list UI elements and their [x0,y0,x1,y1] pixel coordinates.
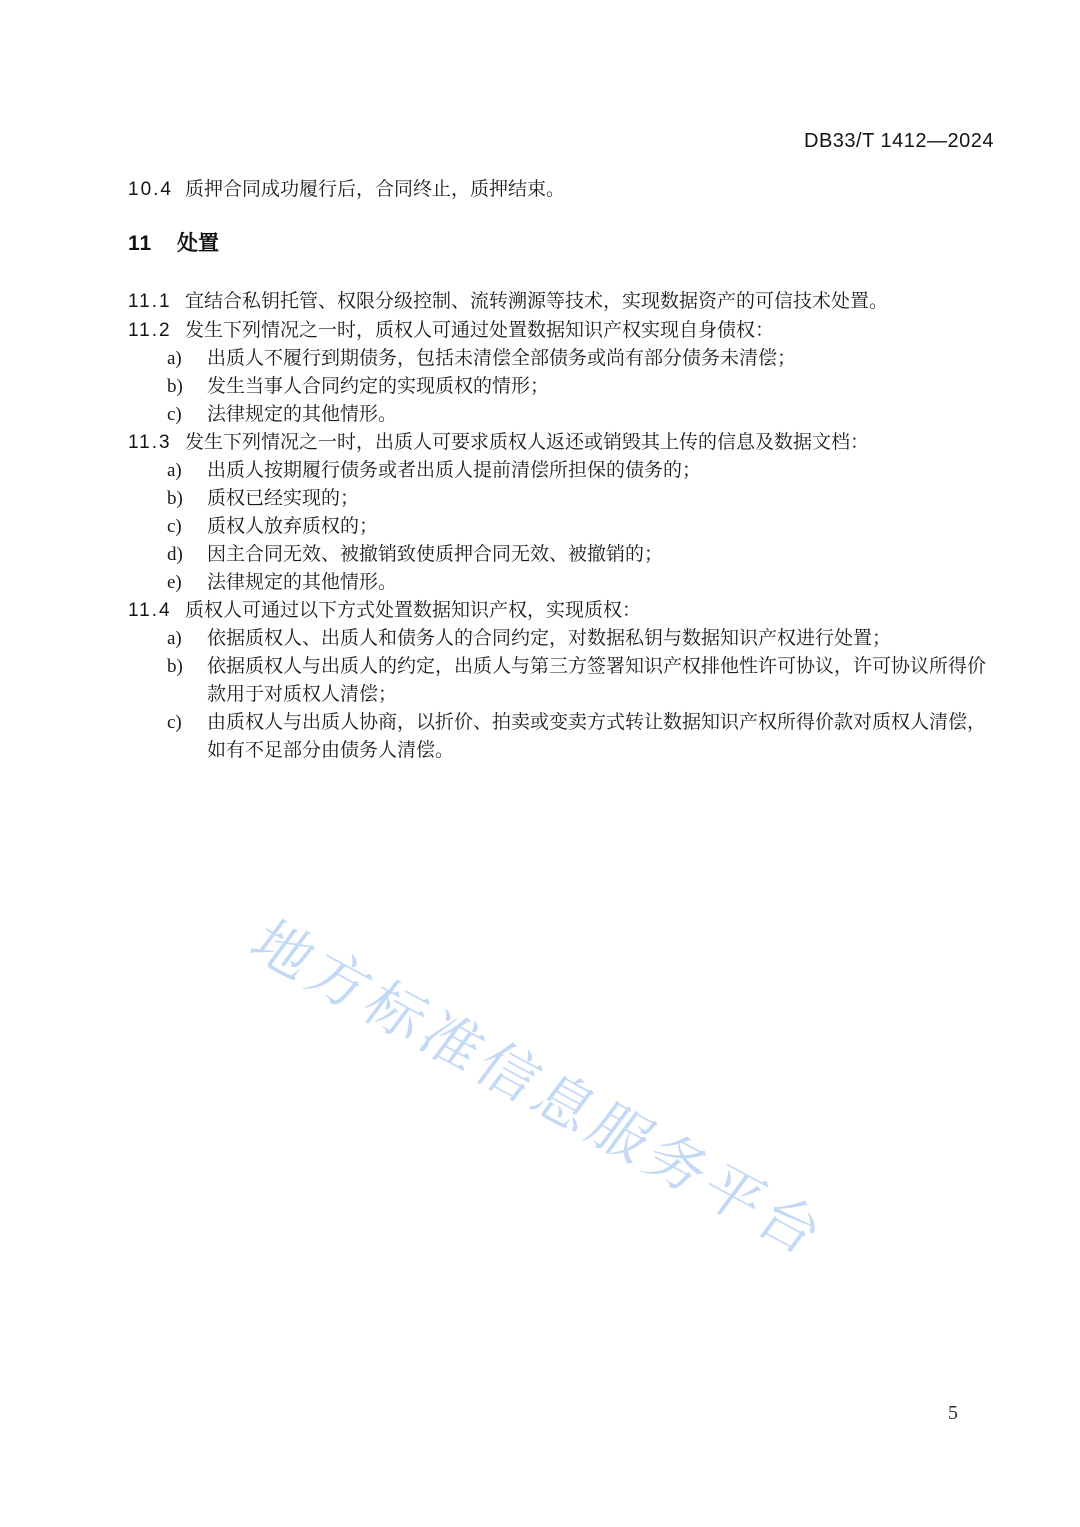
clause-text: 发生下列情况之一时，出质人可要求质权人返还或销毁其上传的信息及数据文档： [185,429,869,457]
list-marker: a) [167,457,207,485]
clause-number: 11.1 [128,288,185,316]
clause-11-4: 11.4 质权人可通过以下方式处置数据知识产权，实现质权： [128,597,990,625]
list-text: 依据质权人与出质人的约定，出质人与第三方签署知识产权排他性许可协议，许可协议所得… [207,653,997,709]
list-item: d) 因主合同无效、被撤销致使质押合同无效、被撤销的； [167,541,997,569]
page-number: 5 [941,1402,965,1425]
list-marker: a) [167,345,207,373]
list-text: 因主合同无效、被撤销致使质押合同无效、被撤销的； [207,541,997,569]
list-item: b) 依据质权人与出质人的约定，出质人与第三方签署知识产权排他性许可协议，许可协… [167,653,997,709]
clause-11-2: 11.2 发生下列情况之一时，质权人可通过处置数据知识产权实现自身债权： [128,317,990,345]
clause-number: 11.4 [128,597,185,625]
clause-text: 质押合同成功履行后，合同终止，质押结束。 [185,176,565,204]
clause-number: 11.3 [128,429,185,457]
list-text: 依据质权人、出质人和债务人的合同约定，对数据私钥与数据知识产权进行处置； [207,625,997,653]
list-marker: c) [167,401,207,429]
list-item: b) 发生当事人合同约定的实现质权的情形； [167,373,997,401]
document-page: DB33/T 1412—2024 10.4 质押合同成功履行后，合同终止，质押结… [0,0,1080,1527]
list-text: 质权已经实现的； [207,485,997,513]
list-item: a) 出质人不履行到期债务，包括未清偿全部债务或尚有部分债务未清偿； [167,345,997,373]
list-text: 质权人放弃质权的； [207,513,997,541]
list-text: 由质权人与出质人协商，以折价、拍卖或变卖方式转让数据知识产权所得价款对质权人清偿… [207,709,997,765]
clause-text: 发生下列情况之一时，质权人可通过处置数据知识产权实现自身债权： [185,317,774,345]
list-item: a) 出质人按期履行债务或者出质人提前清偿所担保的债务的； [167,457,997,485]
list-marker: e) [167,569,207,597]
watermark-text: 地方标准信息服务平台 [236,898,849,1272]
list-item: c) 质权人放弃质权的； [167,513,997,541]
clause-11-1: 11.1 宜结合私钥托管、权限分级控制、流转溯源等技术，实现数据资产的可信技术处… [128,288,990,316]
list-marker: d) [167,541,207,569]
clause-11-3: 11.3 发生下列情况之一时，出质人可要求质权人返还或销毁其上传的信息及数据文档… [128,429,990,457]
list-text: 出质人按期履行债务或者出质人提前清偿所担保的债务的； [207,457,997,485]
section-title: 处置 [177,230,219,258]
list-item: b) 质权已经实现的； [167,485,997,513]
list-text: 法律规定的其他情形。 [207,569,997,597]
list-text: 出质人不履行到期债务，包括未清偿全部债务或尚有部分债务未清偿； [207,345,997,373]
list-marker: c) [167,513,207,541]
clause-text: 质权人可通过以下方式处置数据知识产权，实现质权： [185,597,641,625]
clause-text: 宜结合私钥托管、权限分级控制、流转溯源等技术，实现数据资产的可信技术处置。 [185,288,888,316]
list-item: e) 法律规定的其他情形。 [167,569,997,597]
list-marker: c) [167,709,207,737]
list-marker: b) [167,373,207,401]
list-text: 法律规定的其他情形。 [207,401,997,429]
list-marker: b) [167,653,207,681]
section-number: 11 [128,230,177,258]
clause-10-4: 10.4 质押合同成功履行后，合同终止，质押结束。 [128,176,990,204]
clause-number: 10.4 [128,176,185,204]
section-11-heading: 11 处置 [128,230,219,258]
list-marker: a) [167,625,207,653]
clause-number: 11.2 [128,317,185,345]
list-marker: b) [167,485,207,513]
list-item: a) 依据质权人、出质人和债务人的合同约定，对数据私钥与数据知识产权进行处置； [167,625,997,653]
list-item: c) 由质权人与出质人协商，以折价、拍卖或变卖方式转让数据知识产权所得价款对质权… [167,709,997,765]
standard-number-header: DB33/T 1412—2024 [804,130,994,153]
list-item: c) 法律规定的其他情形。 [167,401,997,429]
list-text: 发生当事人合同约定的实现质权的情形； [207,373,997,401]
